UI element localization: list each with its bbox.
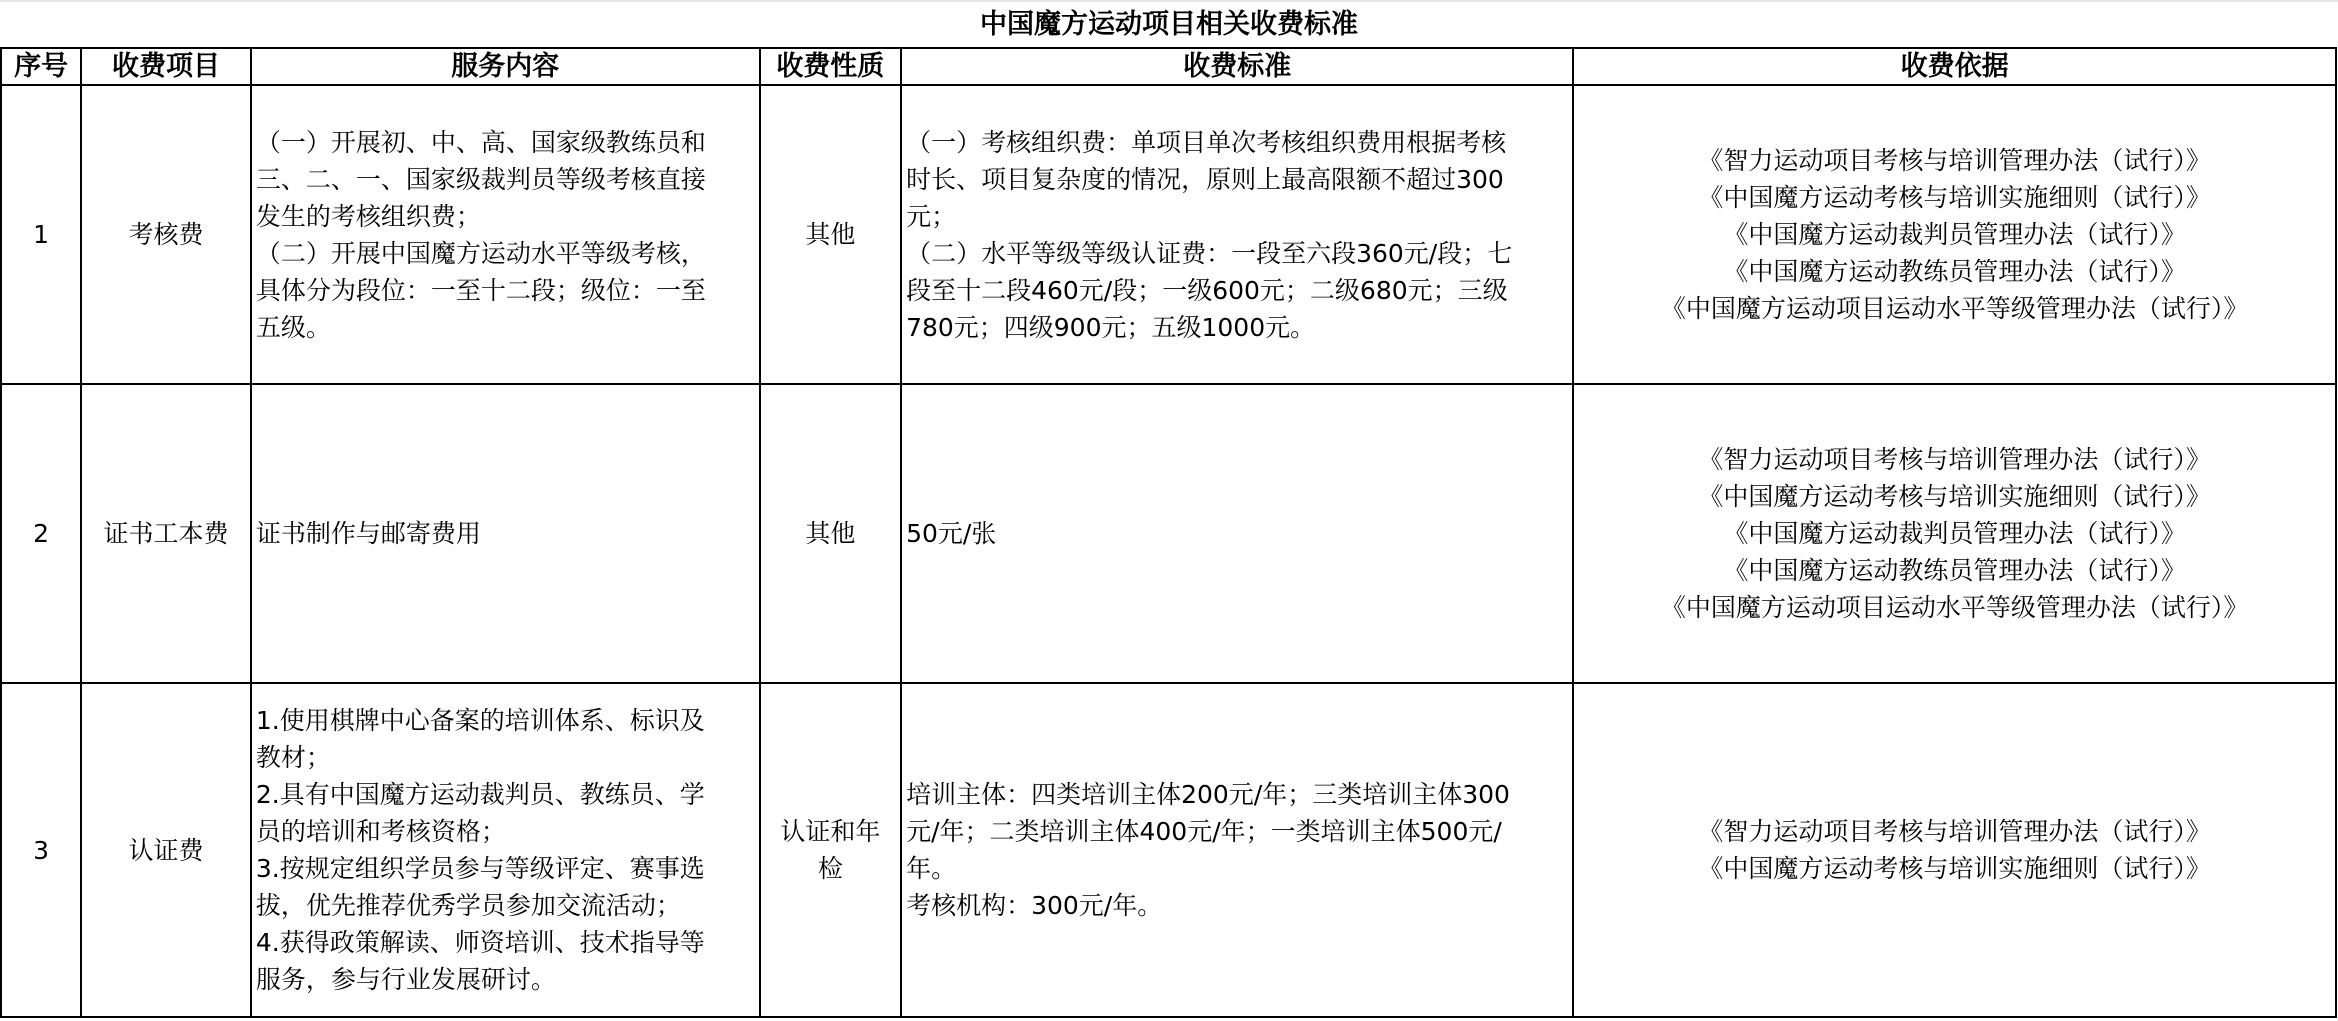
cell-index[interactable]: 1 <box>1 85 81 384</box>
content-line: 具体分为段位：一至十二段；级位：一至 <box>256 272 757 309</box>
standard-line: 780元；四级900元；五级1000元。 <box>906 309 1570 346</box>
standard-line: 50元/张 <box>906 515 1570 552</box>
fee-standard-table: 序号 收费项目 服务内容 收费性质 收费标准 收费依据 1 考核费 （一）开展初… <box>0 47 2337 1018</box>
content-line: 员的培训和考核资格； <box>256 813 757 850</box>
content-line: 教材； <box>256 739 757 776</box>
cell-item[interactable]: 考核费 <box>81 85 251 384</box>
content-line: 1.使用棋牌中心备案的培训体系、标识及 <box>256 702 757 739</box>
standard-line: （二）水平等级等级认证费：一段至六段360元/段；七 <box>906 235 1570 272</box>
cell-index[interactable]: 3 <box>1 683 81 1017</box>
header-item[interactable]: 收费项目 <box>81 48 251 85</box>
content-line: 五级。 <box>256 309 757 346</box>
sheet-title: 中国魔方运动项目相关收费标准 <box>0 4 2338 46</box>
standard-line: 培训主体：四类培训主体200元/年；三类培训主体300 <box>906 776 1570 813</box>
content-line: 拔，优先推荐优秀学员参加交流活动； <box>256 887 757 924</box>
cell-basis[interactable]: 《智力运动项目考核与培训管理办法（试行）》 《中国魔方运动考核与培训实施细则（试… <box>1573 384 2336 683</box>
cell-item[interactable]: 证书工本费 <box>81 384 251 683</box>
content-line: 三、二、一、国家级裁判员等级考核直接 <box>256 161 757 198</box>
standard-line: 段至十二段460元/段；一级600元；二级680元；三级 <box>906 272 1570 309</box>
header-nature[interactable]: 收费性质 <box>760 48 901 85</box>
cell-basis[interactable]: 《智力运动项目考核与培训管理办法（试行）》 《中国魔方运动考核与培训实施细则（试… <box>1573 683 2336 1017</box>
basis-document: 《中国魔方运动裁判员管理办法（试行）》 <box>1574 216 2335 253</box>
header-index[interactable]: 序号 <box>1 48 81 85</box>
basis-document: 《中国魔方运动教练员管理办法（试行）》 <box>1574 552 2335 589</box>
content-line: （一）开展初、中、高、国家级教练员和 <box>256 124 757 161</box>
nature-line: 检 <box>761 850 900 887</box>
content-line: 3.按规定组织学员参与等级评定、赛事选 <box>256 850 757 887</box>
table-header-row: 序号 收费项目 服务内容 收费性质 收费标准 收费依据 <box>1 48 2336 85</box>
cell-content[interactable]: 证书制作与邮寄费用 <box>251 384 760 683</box>
standard-line: 元/年；二类培训主体400元/年；一类培训主体500元/ <box>906 813 1570 850</box>
content-line: 4.获得政策解读、师资培训、技术指导等 <box>256 924 757 961</box>
cell-nature[interactable]: 其他 <box>760 85 901 384</box>
standard-line: 考核机构：300元/年。 <box>906 887 1570 924</box>
cell-basis[interactable]: 《智力运动项目考核与培训管理办法（试行）》 《中国魔方运动考核与培训实施细则（试… <box>1573 85 2336 384</box>
basis-document: 《中国魔方运动项目运动水平等级管理办法（试行）》 <box>1574 589 2335 626</box>
cell-content[interactable]: 1.使用棋牌中心备案的培训体系、标识及 教材； 2.具有中国魔方运动裁判员、教练… <box>251 683 760 1017</box>
cell-nature[interactable]: 其他 <box>760 384 901 683</box>
basis-document: 《中国魔方运动项目运动水平等级管理办法（试行）》 <box>1574 290 2335 327</box>
table-row: 1 考核费 （一）开展初、中、高、国家级教练员和 三、二、一、国家级裁判员等级考… <box>1 85 2336 384</box>
basis-document: 《中国魔方运动裁判员管理办法（试行）》 <box>1574 515 2335 552</box>
basis-document: 《中国魔方运动教练员管理办法（试行）》 <box>1574 253 2335 290</box>
cell-standard[interactable]: （一）考核组织费：单项目单次考核组织费用根据考核 时长、项目复杂度的情况，原则上… <box>901 85 1573 384</box>
standard-line: 时长、项目复杂度的情况，原则上最高限额不超过300 <box>906 161 1570 198</box>
cell-nature[interactable]: 认证和年 检 <box>760 683 901 1017</box>
standard-line: 元； <box>906 198 1570 235</box>
content-line: 证书制作与邮寄费用 <box>256 515 757 552</box>
cell-item[interactable]: 认证费 <box>81 683 251 1017</box>
basis-document: 《中国魔方运动考核与培训实施细则（试行）》 <box>1574 179 2335 216</box>
standard-line: （一）考核组织费：单项目单次考核组织费用根据考核 <box>906 124 1570 161</box>
basis-document: 《中国魔方运动考核与培训实施细则（试行）》 <box>1574 850 2335 887</box>
table-row: 3 认证费 1.使用棋牌中心备案的培训体系、标识及 教材； 2.具有中国魔方运动… <box>1 683 2336 1017</box>
table-row: 2 证书工本费 证书制作与邮寄费用 其他 50元/张 《智力运动项目考核与培训管… <box>1 384 2336 683</box>
nature-line: 认证和年 <box>761 813 900 850</box>
cell-standard[interactable]: 培训主体：四类培训主体200元/年；三类培训主体300 元/年；二类培训主体40… <box>901 683 1573 1017</box>
content-line: 2.具有中国魔方运动裁判员、教练员、学 <box>256 776 757 813</box>
sheet-top-edge <box>0 0 2338 2</box>
header-basis[interactable]: 收费依据 <box>1573 48 2336 85</box>
cell-standard[interactable]: 50元/张 <box>901 384 1573 683</box>
basis-document: 《智力运动项目考核与培训管理办法（试行）》 <box>1574 142 2335 179</box>
content-line: （二）开展中国魔方运动水平等级考核， <box>256 235 757 272</box>
basis-document: 《智力运动项目考核与培训管理办法（试行）》 <box>1574 441 2335 478</box>
content-line: 服务，参与行业发展研讨。 <box>256 961 757 998</box>
cell-content[interactable]: （一）开展初、中、高、国家级教练员和 三、二、一、国家级裁判员等级考核直接 发生… <box>251 85 760 384</box>
header-content[interactable]: 服务内容 <box>251 48 760 85</box>
basis-document: 《智力运动项目考核与培训管理办法（试行）》 <box>1574 813 2335 850</box>
content-line: 发生的考核组织费； <box>256 198 757 235</box>
cell-index[interactable]: 2 <box>1 384 81 683</box>
header-standard[interactable]: 收费标准 <box>901 48 1573 85</box>
basis-document: 《中国魔方运动考核与培训实施细则（试行）》 <box>1574 478 2335 515</box>
standard-line: 年。 <box>906 850 1570 887</box>
